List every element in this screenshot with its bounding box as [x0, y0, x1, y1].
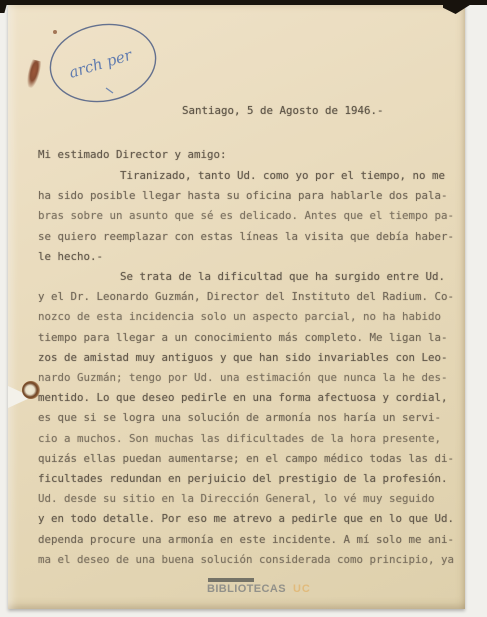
annotation-text: arch per	[67, 45, 135, 81]
letter-line: ha sido posible llegar hasta su oficina …	[38, 186, 464, 206]
letter-paper: arch per Santiago, 5 de Agosto de 1946.-…	[8, 4, 465, 609]
letter-line: quizás ellas puedan aumentarse; en el ca…	[38, 449, 464, 469]
letter-line: tiempo para llegar a un conocimiento más…	[38, 328, 464, 348]
letter-line: se quiero reemplazar con estas líneas la…	[38, 227, 464, 247]
letter-line: mentido. Lo que deseo pedirle en una for…	[38, 388, 464, 408]
letter-line: ma el deseo de una buena solución consid…	[38, 550, 464, 570]
letter-body: Tiranizado, tanto Ud. como yo por el tie…	[38, 166, 464, 570]
watermark-logo: UC	[293, 583, 311, 595]
scanned-letter-page: arch per Santiago, 5 de Agosto de 1946.-…	[0, 0, 487, 617]
letter-paragraph-2: Se trata de la dificultad que ha surgido…	[38, 267, 464, 570]
small-stain	[53, 30, 57, 34]
letter-line: zos de amistad muy antiguos y que han si…	[38, 348, 464, 368]
letter-dateline: Santiago, 5 de Agosto de 1946.-	[182, 101, 384, 121]
watermark-bar	[208, 578, 254, 582]
letter-salutation: Mi estimado Director y amigo:	[38, 145, 227, 165]
letter-line: le hecho.-	[38, 247, 464, 267]
letter-line: bras sobre un asunto que sé es delicado.…	[38, 206, 464, 226]
letter-line: ficultades redundan en perjuicio del pre…	[38, 469, 464, 489]
letter-line: cio a muchos. Son muchas las dificultade…	[38, 429, 464, 449]
letter-line: Tiranizado, tanto Ud. como yo por el tie…	[38, 166, 464, 186]
letter-line: nardo Guzmán; tengo por Ud. una estimaci…	[38, 368, 464, 388]
handwritten-annotation: arch per	[40, 14, 170, 116]
library-watermark: BIBLIOTECAS UC	[207, 578, 311, 595]
letter-line: nozco de esta incidencia solo un aspecto…	[38, 307, 464, 327]
scan-edge-top	[0, 0, 487, 5]
letter-line: y en todo detalle. Por eso me atrevo a p…	[38, 509, 464, 529]
letter-line: dependa procure una armonía en este inci…	[38, 530, 464, 550]
annotation-pen-stroke	[106, 88, 113, 93]
watermark-label: BIBLIOTECAS	[207, 583, 286, 595]
scan-edge-top-left	[0, 0, 8, 13]
letter-line: y el Dr. Leonardo Guzmán, Director del I…	[38, 287, 464, 307]
letter-line: Ud. desde su sitio en la Dirección Gener…	[38, 489, 464, 509]
letter-paragraph-1: Tiranizado, tanto Ud. como yo por el tie…	[38, 166, 464, 267]
letter-line: es que si se logra una solución de armon…	[38, 408, 464, 428]
letter-line: Se trata de la dificultad que ha surgido…	[38, 267, 464, 287]
